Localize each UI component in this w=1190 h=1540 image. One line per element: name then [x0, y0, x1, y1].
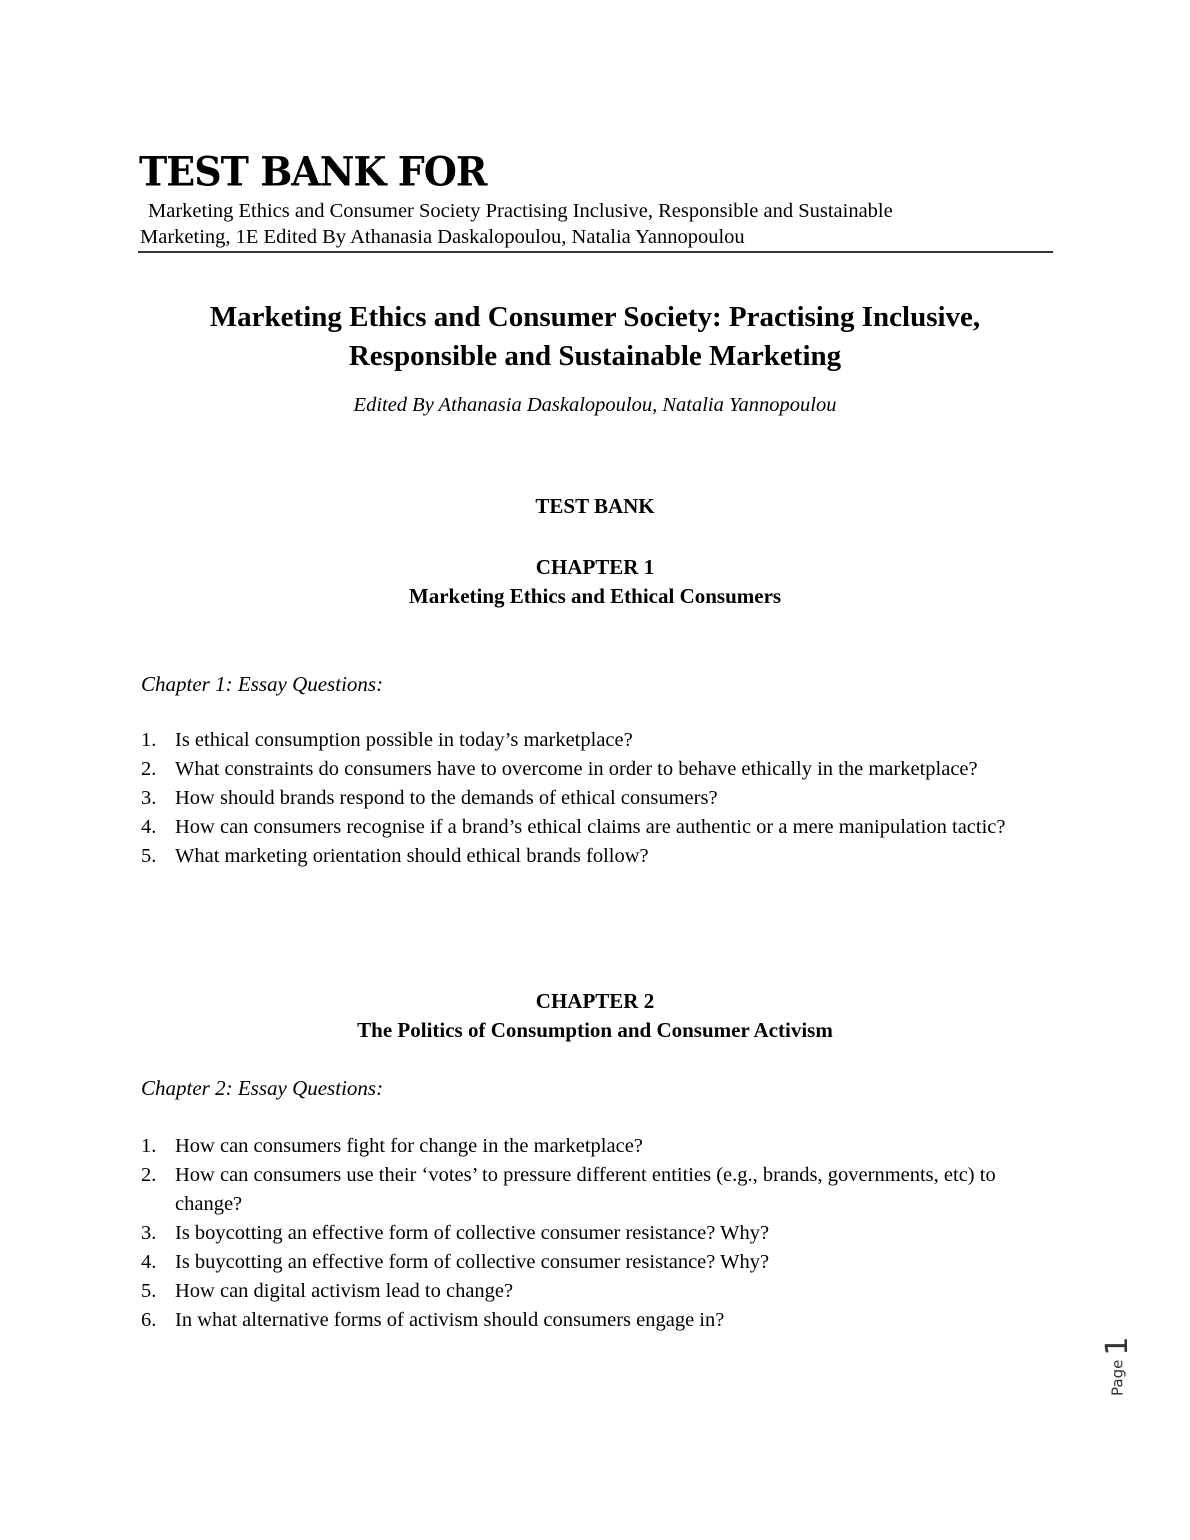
book-title-line1: Marketing Ethics and Consumer Society: P…: [0, 298, 1190, 337]
question-item: 3.How should brands respond to the deman…: [141, 784, 1061, 813]
question-number: 6.: [141, 1306, 175, 1335]
question-item: 1.How can consumers fight for change in …: [141, 1132, 1061, 1161]
page-label: Page: [1109, 1360, 1127, 1396]
question-text: How can consumers use their ‘votes’ to p…: [175, 1161, 1061, 1219]
question-text: Is boycotting an effective form of colle…: [175, 1219, 1061, 1248]
question-item: 4.Is buycotting an effective form of col…: [141, 1248, 1061, 1277]
chapter-1-questions: 1.Is ethical consumption possible in tod…: [141, 726, 1061, 871]
page-number: Page1: [1098, 1330, 1146, 1400]
header-subtitle-line2: Marketing, 1E Edited By Athanasia Daskal…: [140, 226, 745, 248]
question-text: How can consumers fight for change in th…: [175, 1132, 1061, 1161]
question-number: 5.: [141, 1277, 175, 1306]
chapter-1-heading: CHAPTER 1 Marketing Ethics and Ethical C…: [0, 553, 1190, 611]
question-text: Is buycotting an effective form of colle…: [175, 1248, 1061, 1277]
question-item: 2.What constraints do consumers have to …: [141, 755, 1061, 784]
question-number: 5.: [141, 842, 175, 871]
question-item: 5.What marketing orientation should ethi…: [141, 842, 1061, 871]
test-bank-heading: TEST BANK: [0, 492, 1190, 521]
question-item: 3.Is boycotting an effective form of col…: [141, 1219, 1061, 1248]
chapter-2-heading: CHAPTER 2 The Politics of Consumption an…: [0, 987, 1190, 1045]
chapter-1-section-label: Chapter 1: Essay Questions:: [141, 671, 383, 697]
question-text: How can consumers recognise if a brand’s…: [175, 813, 1061, 842]
question-number: 2.: [141, 755, 175, 784]
book-title-line2: Responsible and Sustainable Marketing: [0, 337, 1190, 376]
question-text: How should brands respond to the demands…: [175, 784, 1061, 813]
question-text: Is ethical consumption possible in today…: [175, 726, 1061, 755]
chapter-2-number: CHAPTER 2: [0, 987, 1190, 1016]
question-number: 4.: [141, 1248, 175, 1277]
question-number: 3.: [141, 784, 175, 813]
header-divider: [138, 251, 1053, 253]
page-number-value: 1: [1100, 1337, 1135, 1356]
chapter-1-number: CHAPTER 1: [0, 553, 1190, 582]
question-text: What marketing orientation should ethica…: [175, 842, 1061, 871]
book-editors: Edited By Athanasia Daskalopoulou, Natal…: [0, 392, 1190, 418]
chapter-2-title: The Politics of Consumption and Consumer…: [0, 1016, 1190, 1045]
question-text: In what alternative forms of activism sh…: [175, 1306, 1061, 1335]
chapter-2-section-label: Chapter 2: Essay Questions:: [141, 1075, 383, 1101]
book-title: Marketing Ethics and Consumer Society: P…: [0, 298, 1190, 376]
question-text: What constraints do consumers have to ov…: [175, 755, 1061, 784]
question-item: 6.In what alternative forms of activism …: [141, 1306, 1061, 1335]
question-item: 1.Is ethical consumption possible in tod…: [141, 726, 1061, 755]
question-item: 4.How can consumers recognise if a brand…: [141, 813, 1061, 842]
question-number: 2.: [141, 1161, 175, 1219]
question-number: 1.: [141, 726, 175, 755]
question-item: 2.How can consumers use their ‘votes’ to…: [141, 1161, 1061, 1219]
question-number: 3.: [141, 1219, 175, 1248]
question-number: 4.: [141, 813, 175, 842]
chapter-1-title: Marketing Ethics and Ethical Consumers: [0, 582, 1190, 611]
header-subtitle-line1: Marketing Ethics and Consumer Society Pr…: [140, 198, 1055, 224]
question-number: 1.: [141, 1132, 175, 1161]
header-subtitle: Marketing Ethics and Consumer Society Pr…: [140, 198, 1055, 250]
question-text: How can digital activism lead to change?: [175, 1277, 1061, 1306]
question-item: 5.How can digital activism lead to chang…: [141, 1277, 1061, 1306]
test-bank-banner: TEST BANK FOR: [139, 149, 486, 195]
chapter-2-questions: 1.How can consumers fight for change in …: [141, 1132, 1061, 1335]
